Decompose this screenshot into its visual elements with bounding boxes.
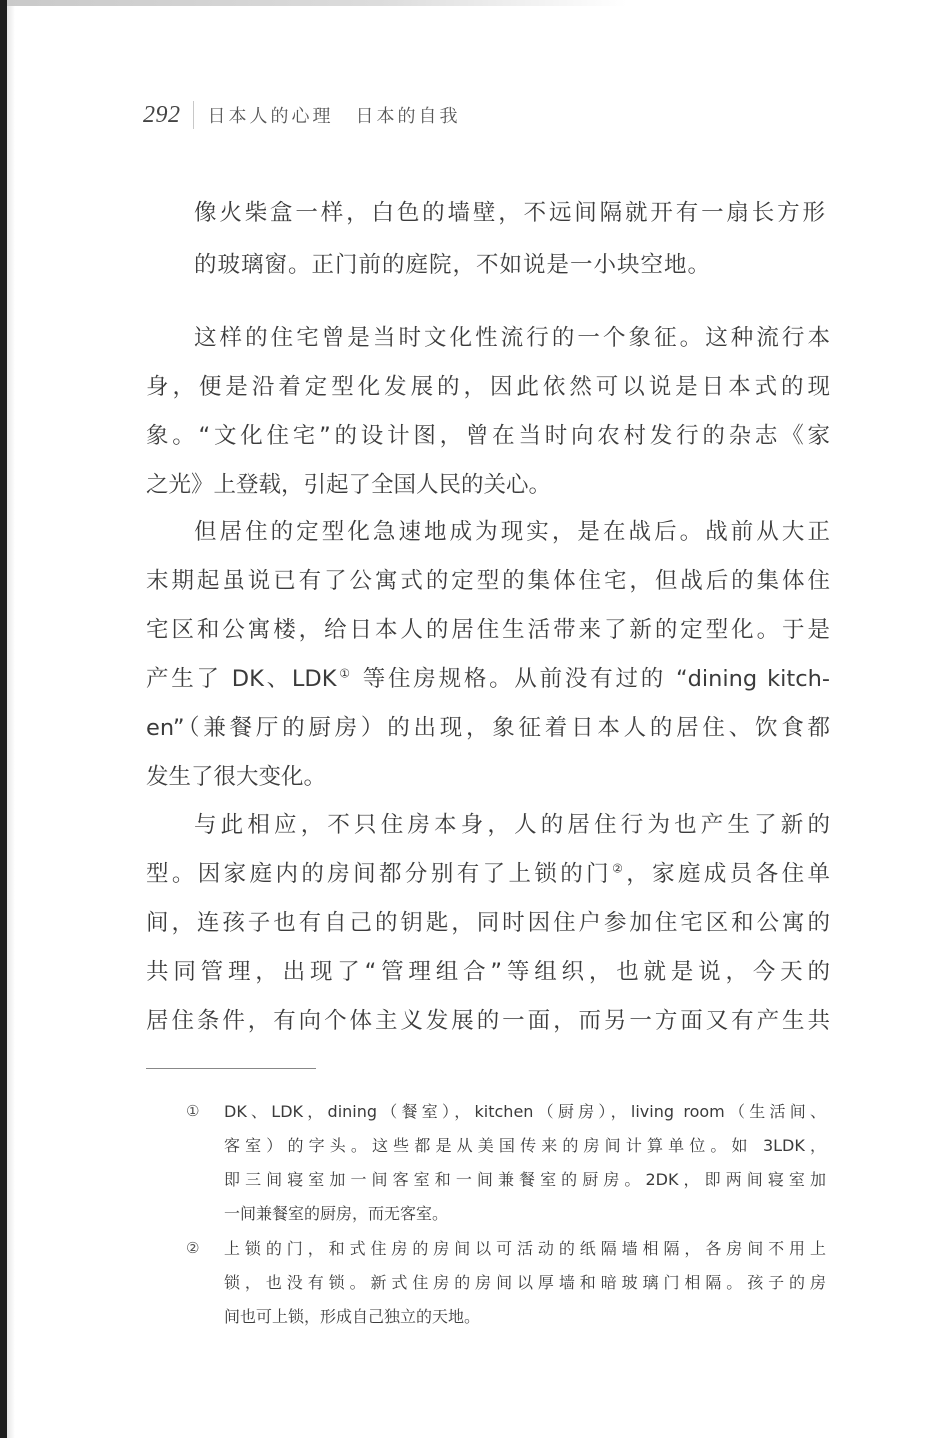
paragraph-line: 象。“文化住宅”的设计图，曾在当时向农村发行的杂志《家 xyxy=(146,421,830,451)
page-header: 292 日本人的心理日本的自我 xyxy=(143,97,461,133)
paragraph-line: 宅区和公寓楼，给日本人的居住生活带来了新的定型化。于是 xyxy=(146,615,830,645)
header-divider xyxy=(193,101,194,129)
scan-left-shadow xyxy=(7,0,15,1438)
footnote-line: 即三间寝室加一间客室和一间兼餐室的厨房。2DK，即两间寝室加 xyxy=(224,1165,826,1195)
paragraph-text: 等住房规格。从前没有过的 “dining kitch- xyxy=(353,666,830,692)
footnote-line: 客室）的字头。这些都是从美国传来的房间计算单位。如 3LDK， xyxy=(224,1131,826,1161)
paragraph-line: 之光》上登载，引起了全国人民的关心。 xyxy=(146,470,551,500)
paragraph-line: 型。因家庭内的房间都分别有了上锁的门②，家庭成员各住单 xyxy=(146,859,830,889)
footnote-marker: ① xyxy=(186,1102,199,1120)
paragraph-line: 发生了很大变化。 xyxy=(146,762,326,792)
paragraph-line: en”（兼餐厅的厨房）的出现，象征着日本人的居住、饮食都 xyxy=(146,713,830,743)
footnote-line: DK、LDK，dining（餐室），kitchen（厨房），living roo… xyxy=(224,1097,826,1127)
footnote-marker: ② xyxy=(186,1239,199,1257)
running-head-chapter-title: 日本的自我 xyxy=(356,106,461,127)
footnote-separator xyxy=(146,1068,316,1069)
footnote-line: 间也可上锁，形成自己独立的天地。 xyxy=(224,1302,480,1332)
quote-line: 的玻璃窗。正门前的庭院，不如说是一小块空地。 xyxy=(194,250,711,280)
page-number: 292 xyxy=(143,102,181,129)
paragraph-text: 型。因家庭内的房间都分别有了上锁的门 xyxy=(146,861,612,887)
paragraph-line: 与此相应，不只住房本身，人的居住行为也产生了新的 xyxy=(194,810,830,840)
paragraph-line: 身，便是沿着定型化发展的，因此依然可以说是日本式的现 xyxy=(146,372,830,402)
footnote-ref-1[interactable]: ① xyxy=(337,667,353,681)
paragraph-line: 这样的住宅曾是当时文化性流行的一个象征。这种流行本 xyxy=(194,323,830,353)
footnote-line: 锁，也没有锁。新式住房的房间以厚墙和暗玻璃门相隔。孩子的房 xyxy=(224,1268,826,1298)
footnote-ref-2[interactable]: ② xyxy=(612,862,626,876)
quote-line: 像火柴盒一样，白色的墙壁，不远间隔就开有一扇长方形 xyxy=(194,198,826,228)
paragraph-line: 但居住的定型化急速地成为现实，是在战后。战前从大正 xyxy=(194,517,830,547)
paragraph-line: 末期起虽说已有了公寓式的定型的集体住宅，但战后的集体住 xyxy=(146,566,830,596)
running-head-book-title: 日本人的心理 xyxy=(208,106,334,127)
running-head: 日本人的心理日本的自我 xyxy=(208,102,461,128)
paragraph-line: 间，连孩子也有自己的钥匙，同时因住户参加住宅区和公寓的 xyxy=(146,908,830,938)
scan-left-edge xyxy=(0,0,7,1438)
footnote-line: 上锁的门，和式住房的房间以可活动的纸隔墙相隔，各房间不用上 xyxy=(224,1234,826,1264)
scan-top-shadow xyxy=(7,0,627,6)
paragraph-line: 产生了 DK、LDK① 等住房规格。从前没有过的 “dining kitch- xyxy=(146,664,830,694)
paragraph-text: ，家庭成员各住单 xyxy=(626,861,830,887)
paragraph-line: 居住条件，有向个体主义发展的一面，而另一方面又有产生共 xyxy=(146,1006,830,1036)
footnote-line: 一间兼餐室的厨房，而无客室。 xyxy=(224,1199,448,1229)
paragraph-line: 共同管理，出现了“管理组合”等组织，也就是说，今天的 xyxy=(146,957,830,987)
paragraph-text: 产生了 DK、LDK xyxy=(146,666,337,692)
